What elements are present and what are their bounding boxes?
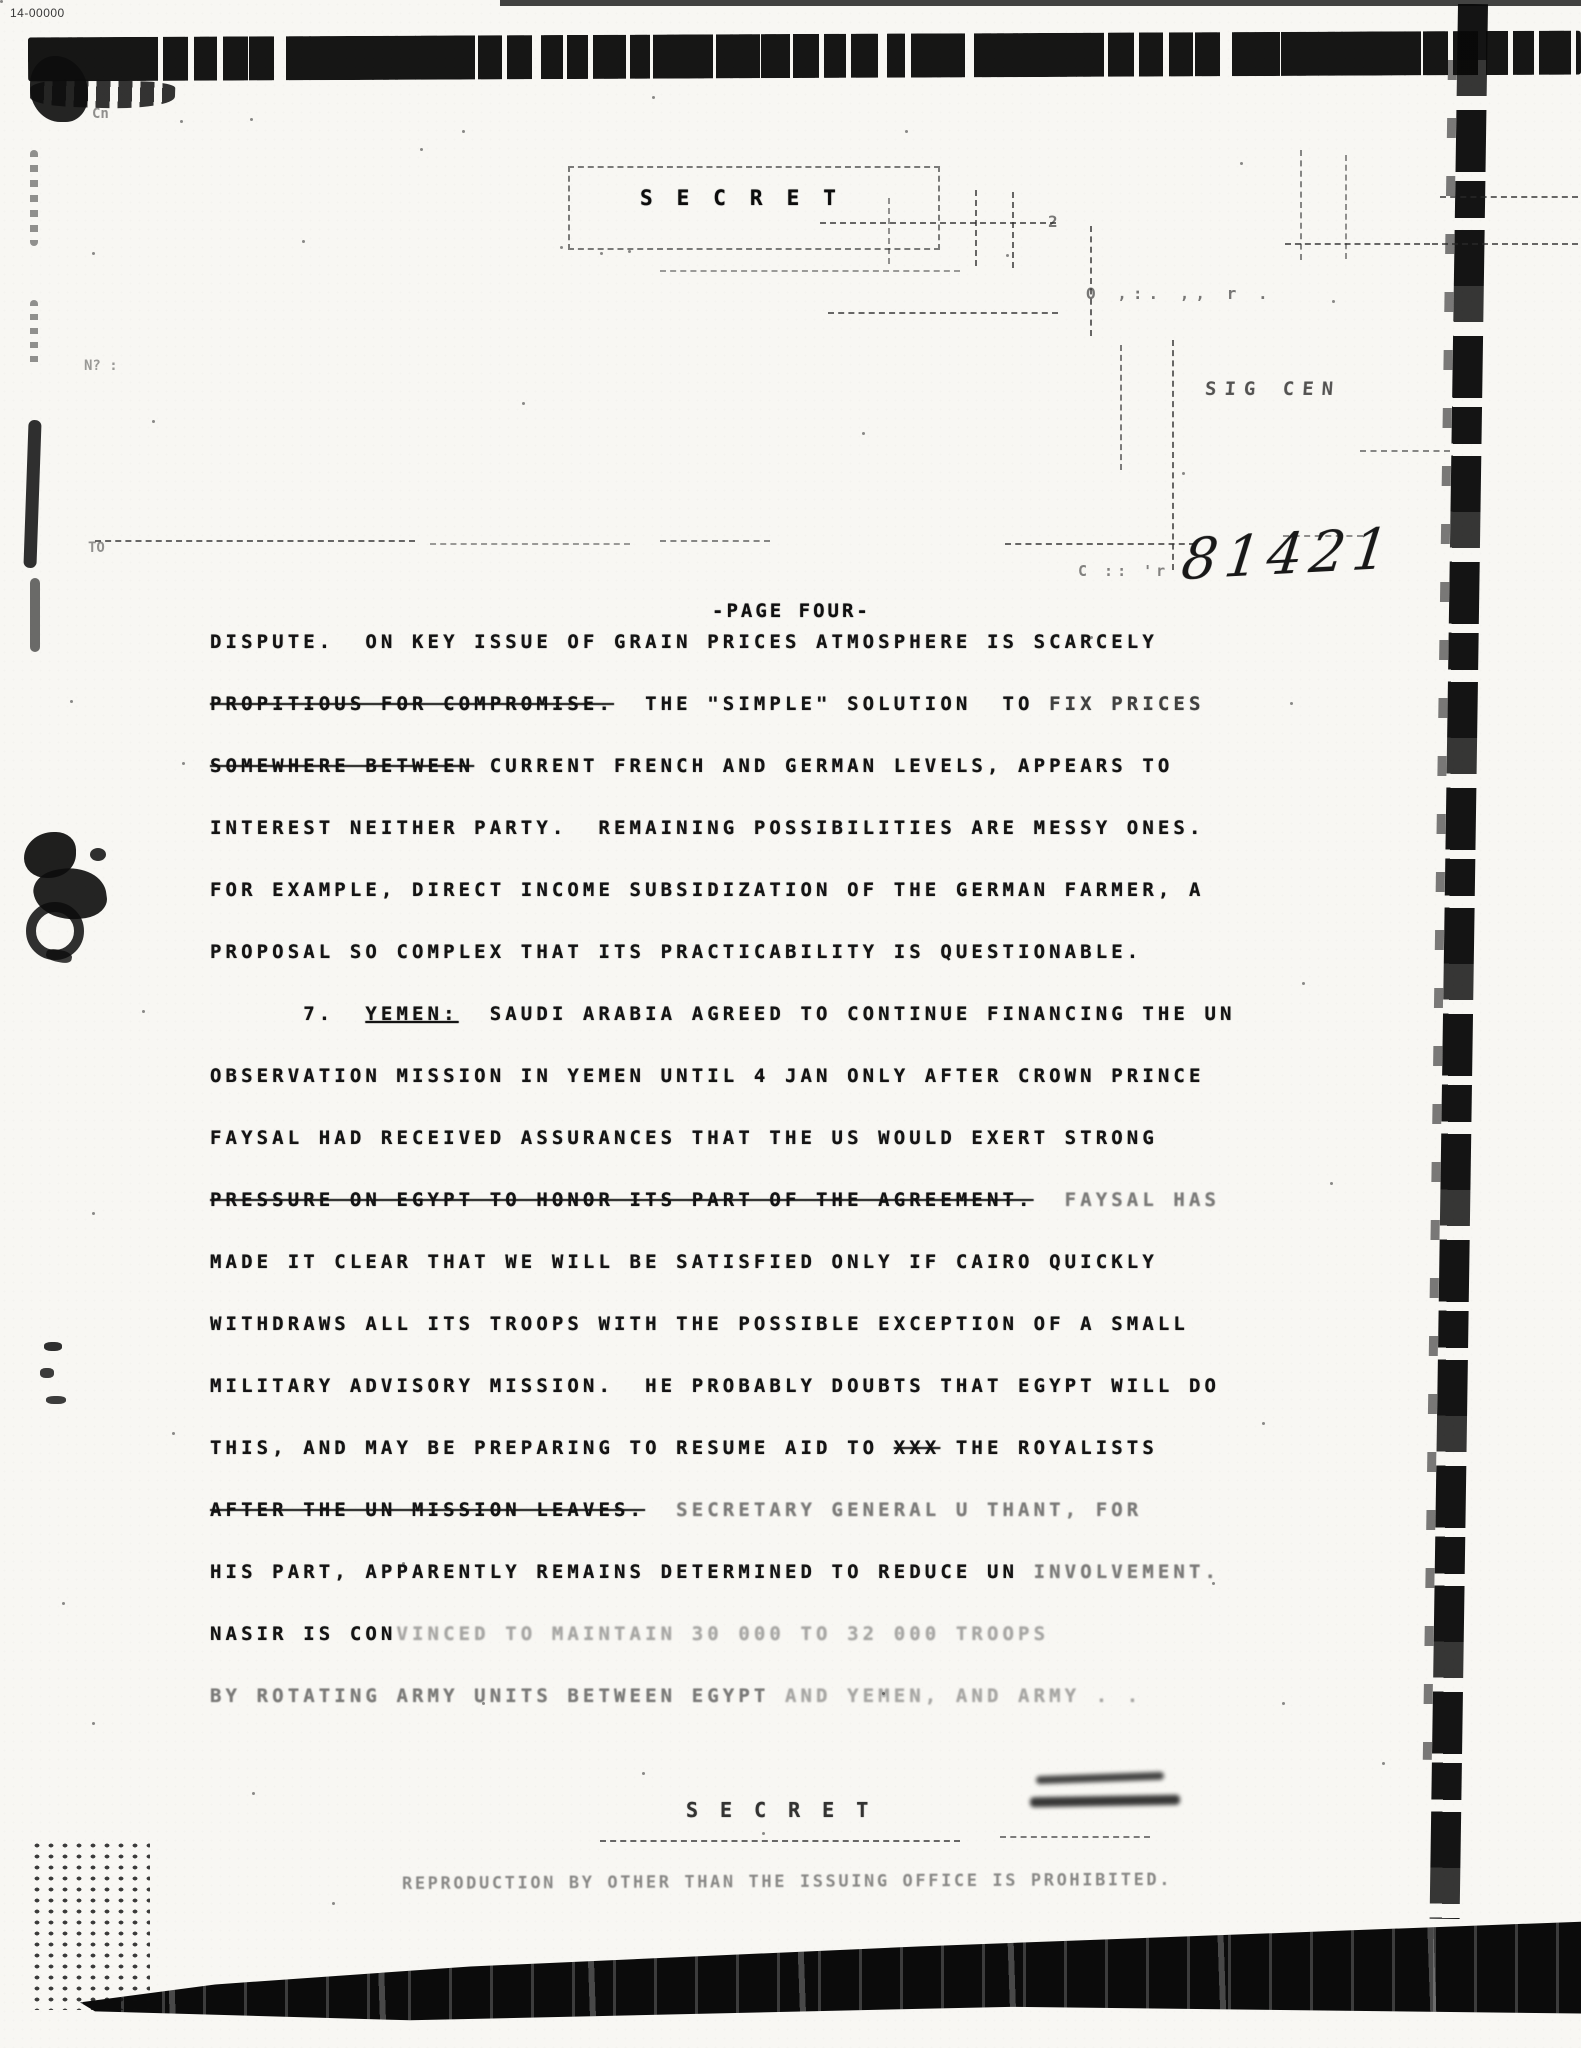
ink-dot (44, 1342, 62, 1351)
line-segment: AFTER THE UN MISSION LEAVES. (210, 1499, 645, 1521)
left-margin-mark: N? : (84, 358, 118, 374)
document-line: WITHDRAWS ALL ITS TROOPS WITH THE POSSIB… (210, 1312, 1330, 1374)
faint-mark: 2 (1048, 212, 1058, 231)
document-line: DISPUTE. ON KEY ISSUE OF GRAIN PRICES AT… (210, 630, 1330, 692)
ruling-dash (660, 540, 770, 542)
line-segment: WITHDRAWS ALL ITS TROOPS WITH THE POSSIB… (210, 1313, 1189, 1335)
reproduction-notice: REPRODUCTION BY OTHER THAN THE ISSUING O… (402, 1870, 1172, 1894)
page-heading: -PAGE FOUR- (712, 600, 871, 622)
ink-dot (40, 1368, 54, 1378)
ruling-dash-vertical (1120, 345, 1122, 470)
faint-mark: C :: 'r (1078, 562, 1169, 580)
line-segment: DISPUTE. ON KEY ISSUE OF GRAIN PRICES AT… (210, 631, 1158, 653)
line-segment: CURRENT FRENCH AND GERMAN LEVELS, APPEAR… (474, 755, 1173, 777)
ruling-dash (1440, 196, 1578, 198)
ruling-dash-vertical (1345, 155, 1347, 259)
document-line: HIS PART, APPARENTLY REMAINS DETERMINED … (210, 1560, 1330, 1622)
line-segment: THE ROYALISTS (940, 1437, 1158, 1459)
corner-label: 14-00000 (10, 6, 65, 20)
document-line: 7. YEMEN: SAUDI ARABIA AGREED TO CONTINU… (210, 1002, 1330, 1064)
line-segment: INTEREST NEITHER PARTY. REMAINING POSSIB… (210, 817, 1205, 839)
ruling-dash-vertical (1172, 340, 1174, 570)
document-line: PRESSURE ON EGYPT TO HONOR ITS PART OF T… (210, 1188, 1330, 1250)
classification-banner-top: SECRET (640, 186, 860, 210)
line-segment: OBSERVATION MISSION IN YEMEN UNTIL 4 JAN… (210, 1065, 1205, 1087)
line-segment: FAYSAL HAD RECEIVED ASSURANCES THAT THE … (210, 1127, 1158, 1149)
ink-streak (30, 578, 40, 652)
line-segment: YEMEN: (365, 1003, 458, 1025)
ink-streak (23, 420, 41, 568)
line-segment: FOR EXAMPLE, DIRECT INCOME SUBSIDIZATION… (210, 879, 1205, 901)
line-segment: 7. (210, 1003, 365, 1025)
document-line: MADE IT CLEAR THAT WE WILL BE SATISFIED … (210, 1250, 1330, 1312)
line-segment: THE "SIMPLE" SOLUTION TO (614, 693, 1049, 715)
ink-dot (90, 848, 106, 861)
scan-edge-line (500, 0, 1581, 6)
line-segment: FAYSAL HAS (1065, 1189, 1220, 1211)
line-segment: SAUDI ARABIA AGREED TO CONTINUE FINANCIN… (459, 1003, 1236, 1025)
left-margin-mark: TO (88, 540, 105, 556)
ruling-dash-vertical (1090, 226, 1092, 336)
document-line: OBSERVATION MISSION IN YEMEN UNTIL 4 JAN… (210, 1064, 1330, 1126)
document-line: PROPITIOUS FOR COMPROMISE. THE "SIMPLE" … (210, 692, 1330, 754)
line-segment: BY ROTATING ARMY UNITS BETWEEN EGYPT (210, 1685, 785, 1707)
ruling-dash-vertical (1012, 192, 1014, 268)
ruling-dash (600, 1840, 960, 1842)
line-segment: XXX (894, 1437, 941, 1459)
document-line: THIS, AND MAY BE PREPARING TO RESUME AID… (210, 1436, 1330, 1498)
ruling-dash (1432, 243, 1578, 245)
ink-speck-column (30, 150, 38, 246)
ruling-dash (828, 312, 1058, 314)
line-segment: SOMEWHERE BETWEEN (210, 755, 474, 777)
line-segment: THIS, AND MAY BE PREPARING TO RESUME AID… (210, 1437, 894, 1459)
document-line: FAYSAL HAD RECEIVED ASSURANCES THAT THE … (210, 1126, 1330, 1188)
line-segment: PRESSURE ON EGYPT TO HONOR ITS PART OF T… (210, 1189, 1034, 1211)
document-line: MILITARY ADVISORY MISSION. HE PROBABLY D… (210, 1374, 1330, 1436)
ruling-dash (1285, 243, 1430, 245)
ink-speck-cluster (30, 1840, 150, 2010)
line-segment: VINCED TO MAINTAIN 30 000 TO 32 000 TROO… (396, 1623, 1049, 1645)
stamp-smudge (1030, 1795, 1180, 1808)
line-segment: AND YEMEN, AND ARMY . . (785, 1685, 1142, 1707)
ink-dot (46, 1396, 66, 1404)
scan-noise-top-band (28, 31, 1581, 82)
line-segment (1034, 1189, 1065, 1211)
ink-speck-column (30, 300, 38, 370)
document-line: INTEREST NEITHER PARTY. REMAINING POSSIB… (210, 816, 1330, 878)
line-segment: PROPITIOUS FOR COMPROMISE. (210, 693, 614, 715)
document-body: DISPUTE. ON KEY ISSUE OF GRAIN PRICES AT… (210, 630, 1330, 1746)
ruling-dash (430, 543, 630, 545)
classification-banner-bottom: SECRET (686, 1798, 890, 1822)
line-segment: PROPOSAL SO COMPLEX THAT ITS PRACTICABIL… (210, 941, 1142, 963)
line-segment: SECRETARY GENERAL U THANT, FOR (676, 1499, 1142, 1521)
ruling-dash-vertical (975, 190, 977, 266)
ruling-dash (95, 540, 415, 542)
ruling-dash (660, 270, 960, 272)
ruling-dash-vertical (1300, 150, 1302, 260)
handwritten-document-number: 81421 (1178, 516, 1399, 593)
document-line: PROPOSAL SO COMPLEX THAT ITS PRACTICABIL… (210, 940, 1330, 1002)
line-segment: FIX PRICES (1049, 693, 1204, 715)
ruling-dash (1005, 543, 1195, 545)
document-line: BY ROTATING ARMY UNITS BETWEEN EGYPT AND… (210, 1684, 1330, 1746)
ruling-dash (1360, 450, 1450, 452)
line-segment: INVOLVEMENT. (1034, 1561, 1220, 1583)
line-segment: NASIR IS CON (210, 1623, 396, 1645)
line-segment: MADE IT CLEAR THAT WE WILL BE SATISFIED … (210, 1251, 1158, 1273)
scanned-document-page: 14-00000 SECRET 2 O ,:. ,, r . SIG CEN C… (0, 0, 1581, 2048)
left-margin-mark: Cn (92, 106, 109, 122)
line-segment (645, 1499, 676, 1521)
faint-stamp-row: O ,:. ,, r . (1086, 284, 1274, 303)
document-line: SOMEWHERE BETWEEN CURRENT FRENCH AND GER… (210, 754, 1330, 816)
document-line: FOR EXAMPLE, DIRECT INCOME SUBSIDIZATION… (210, 878, 1330, 940)
document-line: NASIR IS CONVINCED TO MAINTAIN 30 000 TO… (210, 1622, 1330, 1684)
sig-cen-stamp: SIG CEN (1204, 378, 1342, 400)
stamp-smudge (1036, 1772, 1164, 1784)
line-segment: MILITARY ADVISORY MISSION. HE PROBABLY D… (210, 1375, 1220, 1397)
document-line: AFTER THE UN MISSION LEAVES. SECRETARY G… (210, 1498, 1330, 1560)
ruling-dash (1000, 1836, 1150, 1838)
speckle-field (0, 0, 3, 3)
scan-noise-bottom-band (80, 1915, 1581, 2027)
line-segment: HIS PART, APPARENTLY REMAINS DETERMINED … (210, 1561, 1034, 1583)
